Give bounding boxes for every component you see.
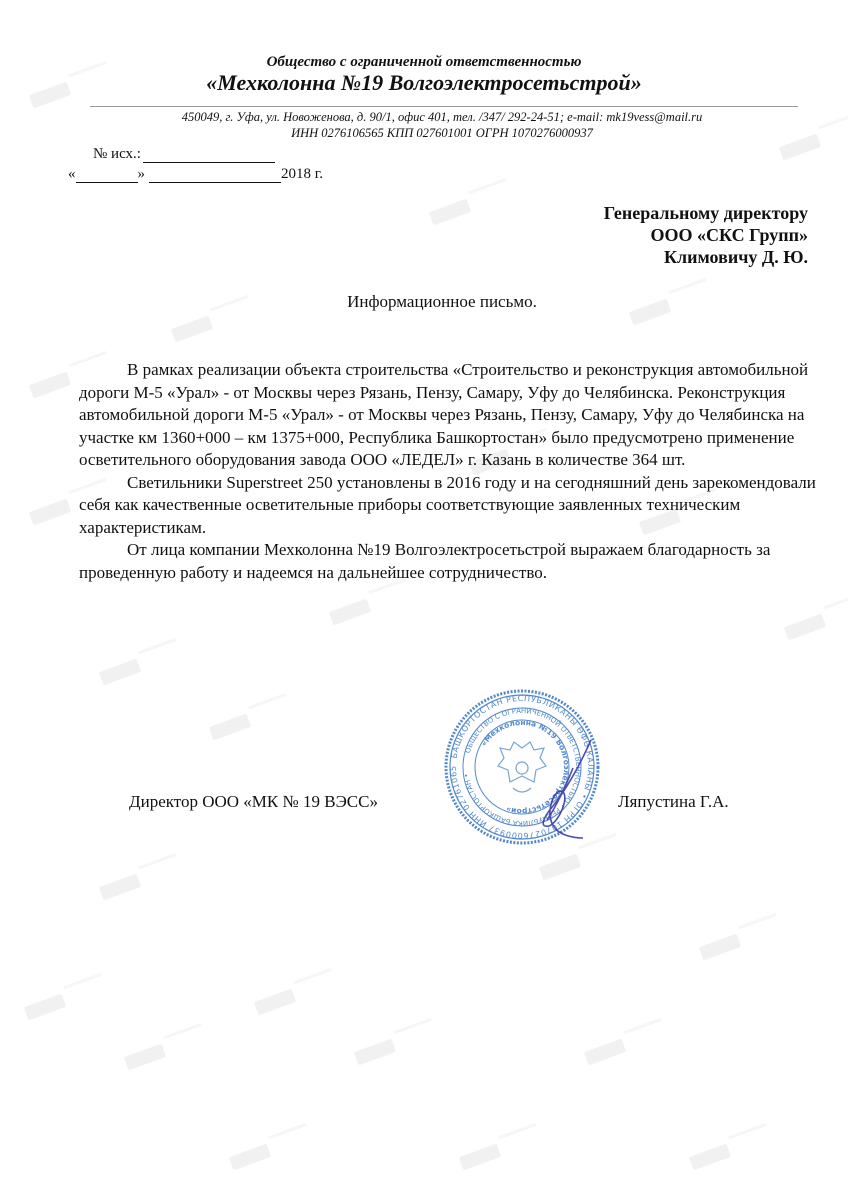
letter-body: В рамках реализации объекта строительств… [79, 359, 819, 584]
addressee-position: Генеральному директору [604, 202, 808, 224]
date-close-quote: » [138, 166, 146, 182]
seal-icon: БАШКОРТОСТАН РЕСПУБЛИКАНЫ ӨФӨ КАЛАНЫ • О… [443, 688, 601, 846]
outgoing-date: «»2018 г. [68, 166, 323, 183]
signer-position: Директор ООО «МК № 19 ВЭСС» [129, 792, 378, 812]
company-seal: БАШКОРТОСТАН РЕСПУБЛИКАНЫ ӨФӨ КАЛАНЫ • О… [443, 688, 601, 846]
org-registration: ИНН 0276106565 КПП 027601001 ОГРН 107027… [0, 126, 848, 141]
addressee-block: Генеральному директору ООО «СКС Групп» К… [604, 202, 808, 268]
document-title: Информационное письмо. [0, 292, 848, 312]
org-name: «Мехколонна №19 Волгоэлектросетьстрой» [0, 70, 848, 96]
org-type: Общество с ограниченной ответственностью [0, 54, 848, 71]
date-year: 2018 г. [281, 166, 323, 182]
date-month-blank [149, 168, 281, 183]
outgoing-number: № исх.: [93, 146, 275, 163]
outgoing-number-label: № исх.: [93, 146, 141, 162]
signer-name: Ляпустина Г.А. [618, 792, 729, 812]
letterhead-divider [90, 106, 798, 107]
org-address: 450049, г. Уфа, ул. Новоженова, д. 90/1,… [0, 110, 848, 125]
date-open-quote: « [68, 166, 76, 182]
addressee-name: Климовичу Д. Ю. [604, 246, 808, 268]
body-paragraph: В рамках реализации объекта строительств… [79, 359, 819, 472]
body-paragraph: От лица компании Мехколонна №19 Волгоэле… [79, 539, 819, 584]
date-day-blank [76, 168, 138, 183]
body-paragraph: Светильники Superstreet 250 установлены … [79, 472, 819, 540]
outgoing-number-blank [143, 148, 275, 163]
addressee-company: ООО «СКС Групп» [604, 224, 808, 246]
